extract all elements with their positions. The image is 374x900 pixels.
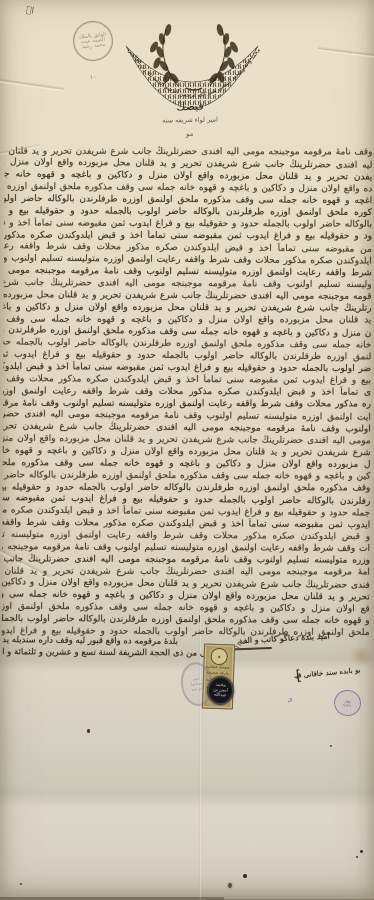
ink-spot	[20, 883, 22, 885]
script-line: كين و باغچه و قهوه خانه جمله سى وقف مذكو…	[2, 469, 370, 482]
round-seal-stamp: الواثق بالملك الصمد عبده محمد رشيد	[71, 19, 115, 63]
ink-spot	[330, 745, 332, 747]
document-scan: اٖ ١٠ الواثق بالملك الصمد عبده محمد رشيد…	[0, 0, 374, 900]
script-line: رتلرينڭ جانب شرع شريفدن تحرير و يد قلنان…	[3, 301, 371, 314]
stamp-text-band: ديون عموميهٔ عثمانيه	[206, 665, 229, 670]
ink-spot	[87, 729, 90, 733]
ink-spot	[243, 874, 247, 878]
closing-line-2: يوم الثانى من ذى الحجة الشريفة لسنة تسع …	[2, 647, 234, 660]
script-line: ى تماماً اخذ و قبض ايلدوكندن صكره مذكور …	[3, 385, 371, 398]
header-small-mark: مو	[186, 130, 193, 138]
ink-spot	[228, 883, 232, 888]
closing-line-1: بلدهٔ مرقومه ده واقع قبور ليه وقف داره س…	[2, 635, 178, 648]
purple-ink-tick: ى	[286, 694, 294, 703]
margin-ink-mark: ١٠	[90, 74, 96, 81]
fold-crease-top-left	[0, 77, 64, 92]
fold-crease-top-right	[318, 46, 374, 58]
script-line: وزره متوليسنه تسليم اولنوب وقف نامهٔ مرق…	[2, 553, 370, 566]
seal-text-row: عبدالله	[207, 692, 234, 699]
corner-ink-mark: اٖ	[25, 5, 35, 16]
side-annotation: بو بابده سند خاقانى قيد شد	[294, 666, 361, 690]
ink-spot	[356, 856, 358, 858]
crescent-star-medallion: ٭	[210, 648, 228, 666]
ink-spot	[360, 850, 363, 853]
script-line: بالوكاله حاضر اولوب بالجمله حدود و حقوقي…	[4, 217, 372, 230]
brown-smudge	[347, 643, 374, 669]
body-script: وقف نامهٔ مرقومه موجبنجه مومى اليه افندى…	[2, 145, 373, 639]
purple-ink-seal: مهر دائره	[332, 688, 363, 718]
